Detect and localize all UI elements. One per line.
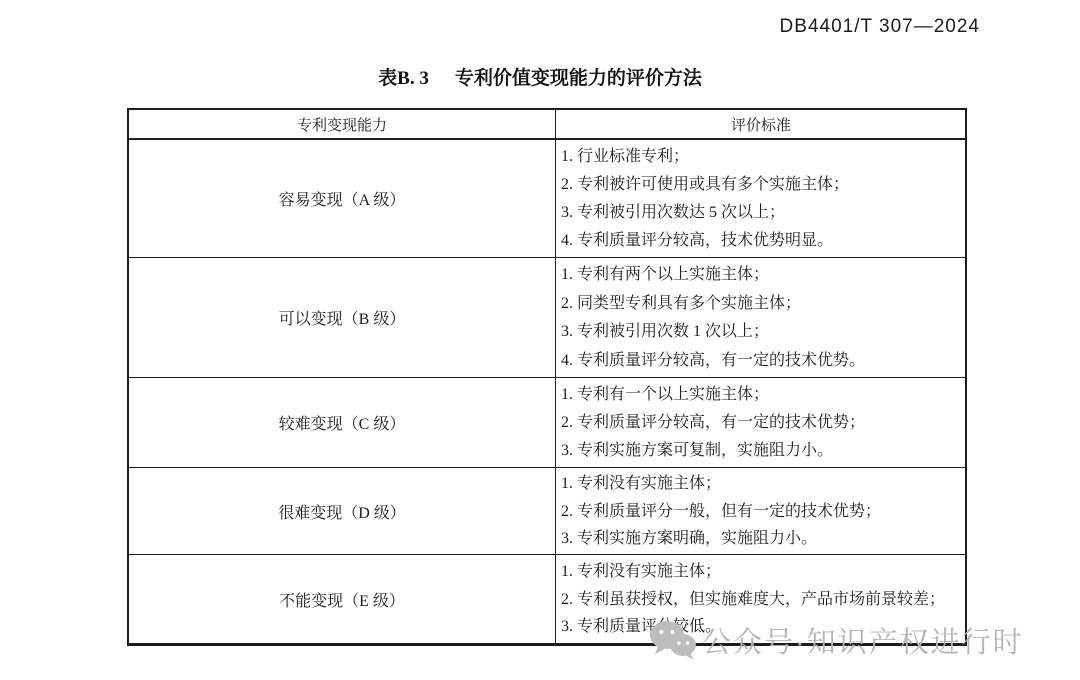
criteria-line: 2. 专利虽获授权，但实施难度大，产品市场前景较差； [561,586,961,613]
criteria-line: 4. 专利质量评分较高，技术优势明显。 [561,227,961,254]
table-caption: 表B. 3专利价值变现能力的评价方法 [0,63,1080,90]
table-header-row: 专利变现能力 评价标准 [129,110,965,140]
criteria-line: 3. 专利被引用次数 1 次以上； [561,318,961,345]
header-cell-criteria: 评价标准 [556,110,965,138]
ability-cell: 很难变现（D 级） [129,468,556,554]
ability-cell: 可以变现（B 级） [129,258,556,377]
wechat-icon [648,619,698,661]
criteria-line: 3. 专利实施方案可复制，实施阻力小。 [561,437,961,464]
criteria-line: 2. 专利质量评分较高，有一定的技术优势； [561,409,961,436]
criteria-line: 1. 专利没有实施主体； [561,470,961,497]
criteria-line: 3. 专利实施方案明确，实施阻力小。 [561,525,961,552]
criteria-line: 2. 同类型专利具有多个实施主体； [561,290,961,317]
ability-cell: 容易变现（A 级） [129,140,556,257]
table-row: 很难变现（D 级） 1. 专利没有实施主体； 2. 专利质量评分一般，但有一定的… [129,468,965,555]
criteria-line: 1. 专利有一个以上实施主体； [561,381,961,408]
criteria-line: 1. 专利没有实施主体； [561,558,961,585]
document-number: DB4401/T 307—2024 [780,16,980,38]
header-cell-ability: 专利变现能力 [129,110,556,138]
criteria-cell: 1. 专利没有实施主体； 2. 专利质量评分一般，但有一定的技术优势； 3. 专… [556,468,965,554]
table-row: 容易变现（A 级） 1. 行业标准专利； 2. 专利被许可使用或具有多个实施主体… [129,140,965,258]
criteria-line: 3. 专利被引用次数达 5 次以上； [561,199,961,226]
table-row: 可以变现（B 级） 1. 专利有两个以上实施主体； 2. 同类型专利具有多个实施… [129,258,965,378]
criteria-line: 1. 专利有两个以上实施主体； [561,261,961,288]
table-row: 较难变现（C 级） 1. 专利有一个以上实施主体； 2. 专利质量评分较高，有一… [129,378,965,468]
table-caption-prefix: 表B. 3 [378,68,429,89]
criteria-cell: 1. 行业标准专利； 2. 专利被许可使用或具有多个实施主体； 3. 专利被引用… [556,140,965,257]
ability-cell: 不能变现（E 级） [129,555,556,643]
criteria-line: 2. 专利被许可使用或具有多个实施主体； [561,171,961,198]
ability-cell: 较难变现（C 级） [129,378,556,467]
table-caption-title: 专利价值变现能力的评价方法 [455,68,702,89]
watermark: 公众号·知识产权进行时 [648,612,1078,668]
evaluation-table: 专利变现能力 评价标准 容易变现（A 级） 1. 行业标准专利； 2. 专利被许… [127,108,967,646]
criteria-line: 4. 专利质量评分较高，有一定的技术优势。 [561,347,961,374]
watermark-text: 公众号·知识产权进行时 [702,620,1024,661]
criteria-cell: 1. 专利有两个以上实施主体； 2. 同类型专利具有多个实施主体； 3. 专利被… [556,258,965,377]
criteria-line: 1. 行业标准专利； [561,143,961,170]
criteria-line: 2. 专利质量评分一般，但有一定的技术优势； [561,498,961,525]
criteria-cell: 1. 专利有一个以上实施主体； 2. 专利质量评分较高，有一定的技术优势； 3.… [556,378,965,467]
